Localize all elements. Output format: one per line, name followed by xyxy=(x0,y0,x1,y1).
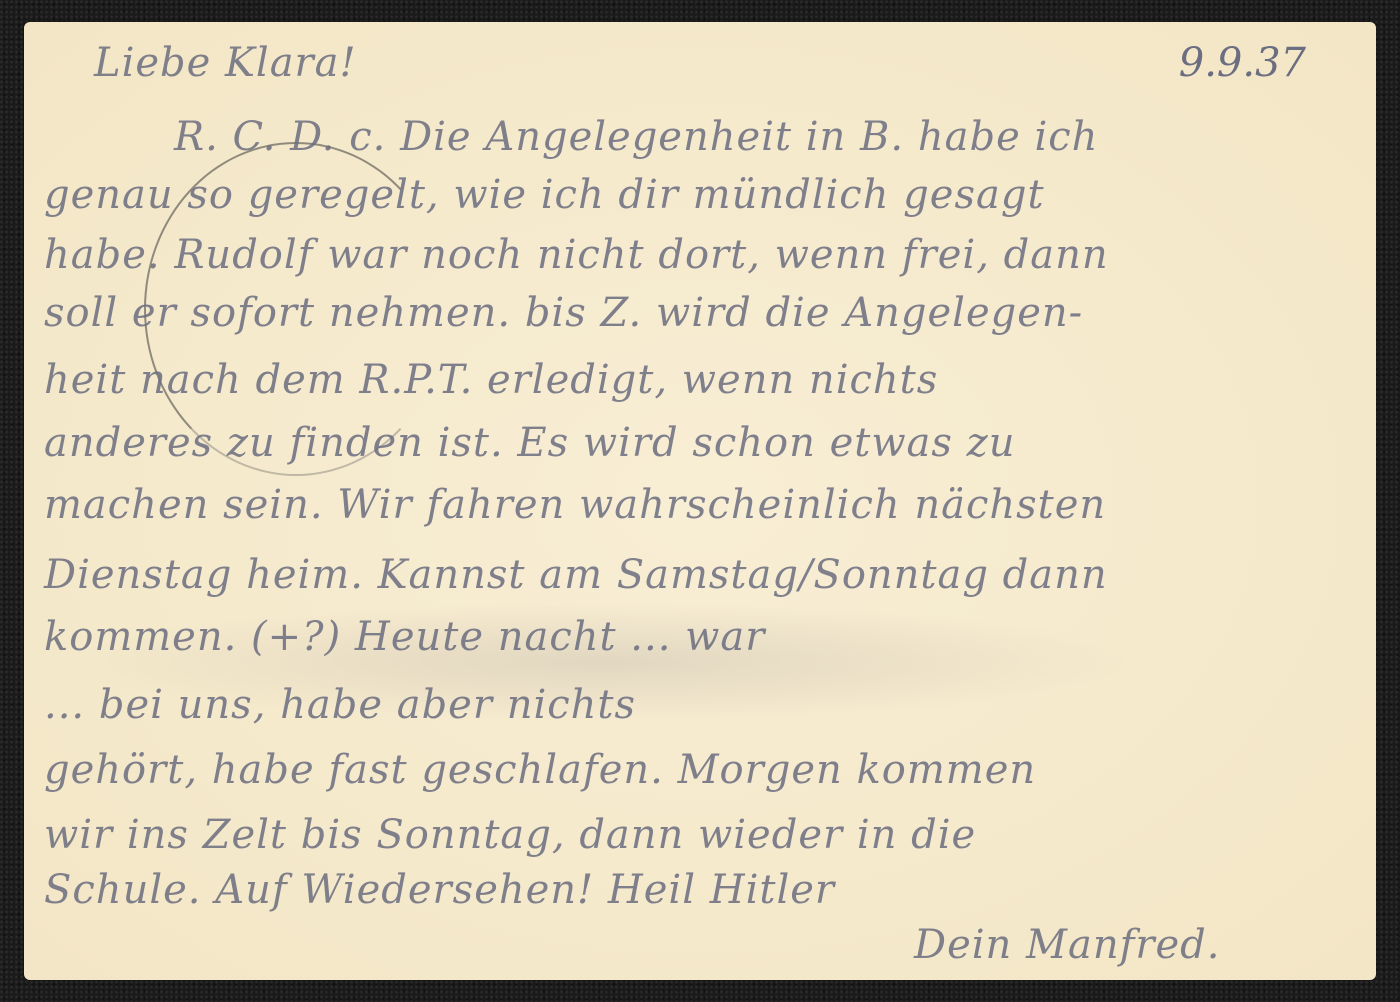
text-line: kommen. (+?) Heute nacht ... war xyxy=(44,614,765,660)
text-line: Dienstag heim. Kannst am Samstag/Sonntag… xyxy=(44,552,1108,598)
text-line: R. C. D. c. Die Angelegenheit in B. habe… xyxy=(174,114,1098,160)
text-line: soll er sofort nehmen. bis Z. wird die A… xyxy=(44,290,1083,336)
salutation: Liebe Klara! xyxy=(94,40,357,86)
text-line: genau so geregelt, wie ich dir mündlich … xyxy=(44,172,1045,218)
text-line: gehört, habe fast geschlafen. Morgen kom… xyxy=(44,747,1036,793)
text-line: habe. Rudolf war noch nicht dort, wenn f… xyxy=(44,232,1109,278)
text-line: anderes zu finden ist. Es wird schon etw… xyxy=(44,420,1015,466)
text-line: machen sein. Wir fahren wahrscheinlich n… xyxy=(44,482,1106,528)
postcard: 9.9.37 Liebe Klara! R. C. D. c. Die Ange… xyxy=(24,22,1376,980)
text-line: Schule. Auf Wiedersehen! Heil Hitler xyxy=(44,867,835,913)
text-line: ... bei uns, habe aber nichts xyxy=(44,682,636,728)
signature: Dein Manfred. xyxy=(914,922,1221,968)
text-line: wir ins Zelt bis Sonntag, dann wieder in… xyxy=(44,812,976,858)
text-line: heit nach dem R.P.T. erledigt, wenn nich… xyxy=(44,357,938,403)
date: 9.9.37 xyxy=(1179,40,1306,86)
